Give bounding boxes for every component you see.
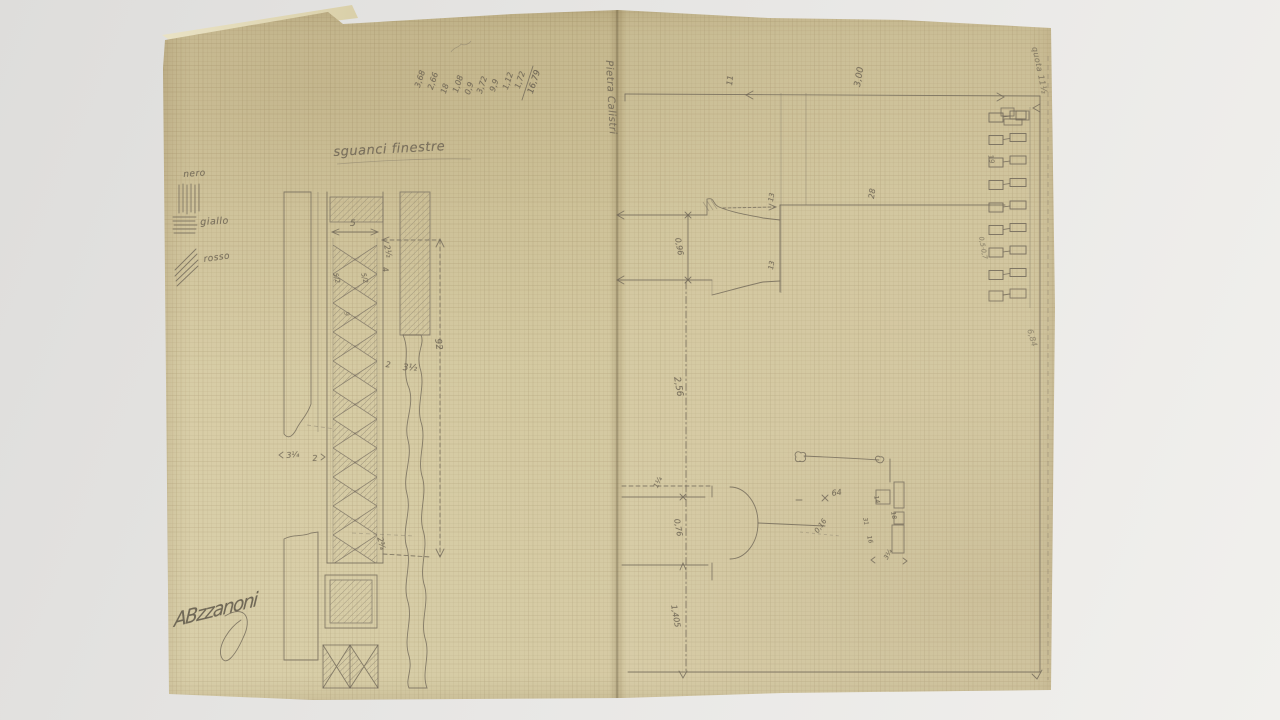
- dim-label: 4: [380, 266, 390, 273]
- dim-label: 2: [385, 360, 391, 369]
- corner-note: quota 11½: [1030, 46, 1049, 95]
- dim-label: 31: [861, 517, 869, 526]
- dim-label: 3¼: [882, 548, 894, 561]
- dim-label: 2½: [382, 244, 393, 258]
- dim-label: 3¼: [286, 450, 300, 460]
- dim-label: 5: [350, 219, 356, 229]
- side-note: 6,84: [1025, 328, 1039, 348]
- dim-label: 3½: [402, 363, 417, 374]
- dim-label: 2¾: [375, 536, 387, 551]
- dim-label: 0,5·0,7: [977, 236, 989, 260]
- dim-label: 16: [865, 535, 874, 544]
- graph-paper-sheet: 3,68 2,66 18 1,08 0,9 3,72 9,9 1,12 1,72…: [163, 8, 1057, 703]
- dim-label: 9: [342, 311, 351, 317]
- calc-value: 1,12: [501, 71, 515, 91]
- legend-label-yellow: giallo: [200, 216, 229, 228]
- legend-label-red: rosso: [203, 251, 231, 265]
- dim-label: 64: [831, 488, 842, 498]
- dim-label: 0,76: [672, 518, 684, 537]
- signature: ABzzanoni: [173, 588, 257, 632]
- dim-label: 18: [889, 511, 897, 520]
- legend-label-black: nero: [183, 168, 206, 180]
- photo-background: { "annotations": { "heading": "sguanci f…: [0, 0, 1280, 720]
- calc-value: 3,68: [413, 69, 427, 89]
- dim-label: 13: [767, 260, 776, 270]
- fold-note: Pietra Calistri: [603, 60, 618, 135]
- calc-value: 0,9: [463, 81, 475, 96]
- dim-label: 2,56: [671, 376, 684, 397]
- dim-label: 0,16: [813, 517, 828, 534]
- dim-label: 11: [725, 75, 735, 86]
- dim-label: 28: [867, 188, 877, 199]
- dim-label: 92: [432, 338, 443, 351]
- dim-label: 1,405: [669, 604, 682, 628]
- dim-label: 5/2: [359, 272, 369, 284]
- calc-value: 9,9: [488, 78, 500, 93]
- calc-value: 18: [439, 82, 451, 94]
- dim-label: 2: [312, 454, 318, 463]
- heading-note: sguanci finestre: [333, 139, 446, 160]
- annotation-layer: 3,68 2,66 18 1,08 0,9 3,72 9,9 1,12 1,72…: [163, 8, 1057, 703]
- dim-label: 3,00: [853, 66, 866, 87]
- dim-label: 1¼: [652, 476, 664, 490]
- dim-label: 14: [872, 495, 881, 504]
- dim-label: 19: [986, 154, 996, 164]
- calc-total: 16,79: [526, 69, 543, 95]
- calc-value: 2,66: [426, 71, 440, 91]
- calc-value: 3,72: [475, 75, 489, 95]
- dim-label: 13: [767, 192, 776, 202]
- dim-label: 5/2: [331, 272, 341, 284]
- dim-label: 0,96: [673, 237, 685, 256]
